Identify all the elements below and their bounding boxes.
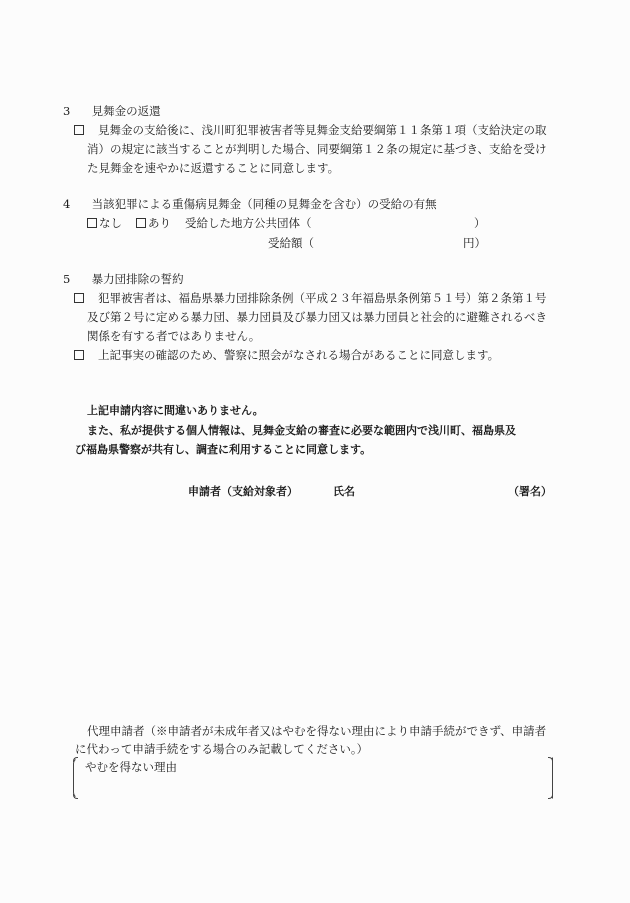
amount-label: 受給額（ xyxy=(268,236,314,250)
name-label: 氏名 xyxy=(333,485,355,499)
checkbox-icon[interactable] xyxy=(74,125,84,135)
section3-text-line-2: 消）の規定に該当することが判明した場合、同要綱第１２条の規定に基づき、支給を受け xyxy=(87,142,547,156)
sign-label: （署名） xyxy=(508,485,552,499)
declaration-line-2: また、私が提供する個人情報は、見舞金支給の審査に必要な範囲内で浅川町、福島県及 xyxy=(87,424,516,438)
section3-checkbox[interactable] xyxy=(74,123,86,137)
option-none[interactable]: なし xyxy=(87,216,122,230)
entity-label: 受給した地方公共団体（ xyxy=(185,216,312,230)
section5-item1-line-1: 犯罪被害者は、福島県暴力団排除条例（平成２３年福島県条例第５１号）第２条第１号 xyxy=(98,291,547,305)
checkbox-none-icon[interactable] xyxy=(87,218,97,228)
section5-item1-line-2: 及び第２号に定める暴力団、暴力団員及び暴力団又は暴力団員と社会的に避難されるべき xyxy=(87,310,547,324)
section5-checkbox-2[interactable] xyxy=(74,348,86,362)
amount-unit: 円） xyxy=(463,236,486,250)
option-yes[interactable]: あり xyxy=(136,216,171,230)
entity-close-paren: ） xyxy=(474,216,486,230)
section5-item2-line-1: 上記事実の確認のため、警察に照会がなされる場合があることに同意します。 xyxy=(98,348,499,362)
section3-text-line-3: た見舞金を速やかに返還することに同意します。 xyxy=(87,161,339,175)
checkbox-yes-icon[interactable] xyxy=(136,218,146,228)
name-input[interactable] xyxy=(365,485,505,499)
checkbox-icon[interactable] xyxy=(74,293,84,303)
option-yes-label: あり xyxy=(148,216,171,230)
section5-title: 暴力団排除の誓約 xyxy=(92,272,184,286)
section3-number: 3 xyxy=(63,104,70,118)
declaration-line-1: 上記申請内容に間違いありません。 xyxy=(87,404,264,418)
section4-title: 当該犯罪による重傷病見舞金（同種の見舞金を含む）の受給の有無 xyxy=(92,197,437,211)
section3-title: 見舞金の返還 xyxy=(92,104,161,118)
section5-checkbox-1[interactable] xyxy=(74,291,86,305)
section3-heading: 3 見舞金の返還 xyxy=(63,104,161,118)
proxy-line-2: に代わって申請手続をする場合のみ記載してください。） xyxy=(75,742,368,756)
section5-item1-line-3: 関係を有する者ではありません。 xyxy=(87,329,260,343)
entity-input[interactable] xyxy=(322,216,472,230)
section4-heading: 4 当該犯罪による重傷病見舞金（同種の見舞金を含む）の受給の有無 xyxy=(63,197,437,211)
reason-input[interactable] xyxy=(85,778,540,792)
right-bracket-icon xyxy=(546,757,553,799)
checkbox-icon[interactable] xyxy=(74,350,84,360)
applicant-label: 申請者（支給対象者） xyxy=(188,485,298,499)
option-none-label: なし xyxy=(99,216,122,230)
section3-text-line-1: 見舞金の支給後に、浅川町犯罪被害者等見舞金支給要綱第１１条第１項（支給決定の取 xyxy=(98,123,547,137)
section5-heading: 5 暴力団排除の誓約 xyxy=(63,272,184,286)
left-bracket-icon xyxy=(73,757,80,799)
application-form-page: 3 見舞金の返還 見舞金の支給後に、浅川町犯罪被害者等見舞金支給要綱第１１条第１… xyxy=(0,0,630,903)
proxy-line-1: 代理申請者（※申請者が未成年者又はやむを得ない理由により申請手続ができず、申請者 xyxy=(87,724,546,738)
reason-label: やむを得ない理由 xyxy=(85,760,177,774)
section5-number: 5 xyxy=(63,272,70,286)
declaration-line-3: び福島県警察が共有し、調査に利用することに同意します。 xyxy=(75,443,371,457)
amount-input[interactable] xyxy=(322,236,460,250)
section4-number: 4 xyxy=(63,197,70,211)
